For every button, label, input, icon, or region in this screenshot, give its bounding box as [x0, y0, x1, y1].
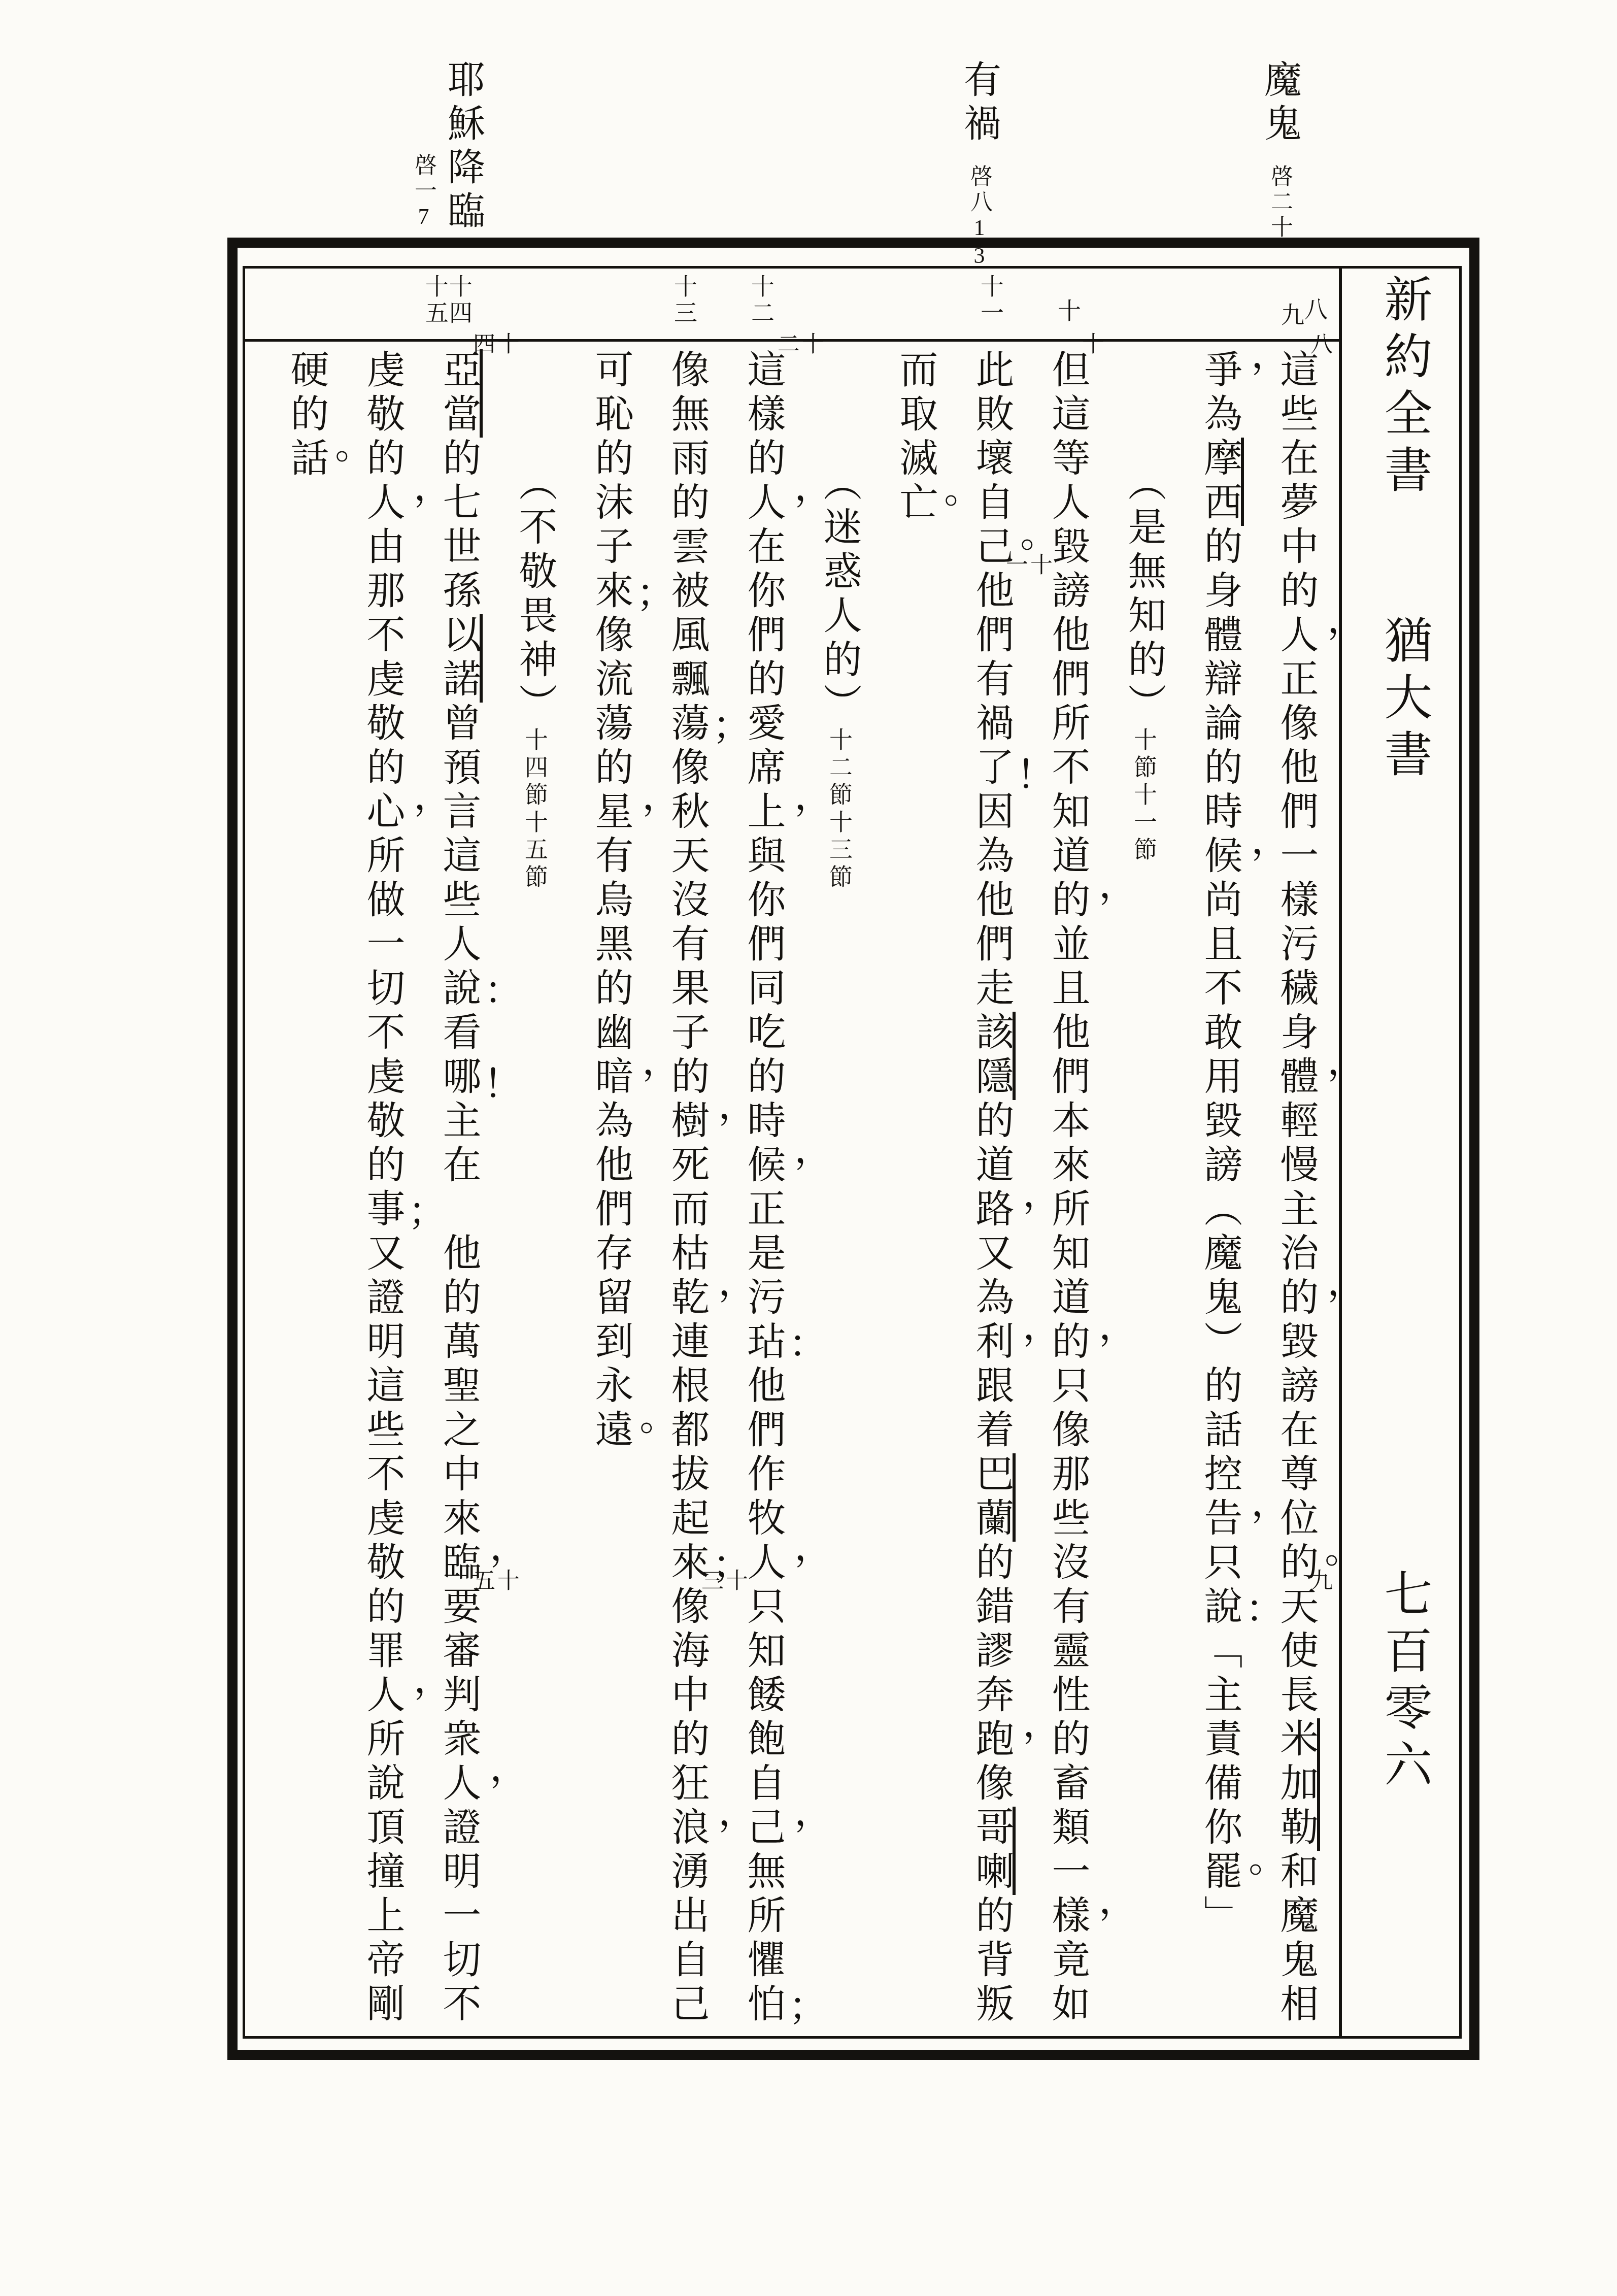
text-run: 可恥的沫子來 — [589, 349, 632, 614]
margin-note-word: 耶穌降臨 — [443, 60, 483, 235]
text-run: 主在 — [437, 1100, 480, 1188]
text-run: 像秋天沒有果子的樹 — [665, 747, 708, 1144]
text-run: 由那不虔敬的心 — [361, 526, 403, 835]
text-run: 因為他們走 — [970, 791, 1013, 1012]
text-run: 竟如 — [1046, 1939, 1089, 2027]
margin-note-devil: 魔鬼啓二十 — [1258, 60, 1301, 241]
text-run: 尚且不敢用毀謗（魔鬼）的話控告 — [1198, 879, 1241, 1542]
proper-name: 以諾 — [437, 614, 483, 703]
text-run: 證明一切不 — [437, 1807, 480, 2027]
section-ref: 十四節十五節 — [522, 727, 548, 892]
band-verse-marker: 十二 — [745, 274, 777, 327]
margin-note-word: 魔鬼 — [1259, 60, 1300, 147]
text-run: 的七世孫 — [437, 438, 480, 614]
section-ref: 十二節十三節 — [826, 727, 852, 892]
text-column: 像無雨的雲被風飄蕩；像秋天沒有果子的樹，死而枯乾，連根都拔起來；十三像海中的狂浪… — [649, 349, 725, 2040]
text-run: 像海中的狂浪 — [665, 1586, 708, 1851]
text-run: （是無知的） — [1122, 482, 1165, 727]
band-verse-marker: 九 — [1275, 303, 1306, 329]
indent — [513, 349, 556, 482]
text-run: 為 — [1198, 393, 1241, 438]
text-column: 硬的話。 — [268, 349, 344, 2040]
text-run: 只知餧飽自己 — [742, 1586, 784, 1851]
text-column: 可恥的沫子來；像流蕩的星，有烏黑的幽暗，為他們存留到永遠。 — [572, 349, 649, 2040]
indent — [818, 349, 860, 482]
text-run: 湧出自己 — [665, 1851, 708, 2027]
text-run: 這些在夢中的人 — [1274, 349, 1317, 658]
text-run: 的背叛 — [970, 1895, 1013, 2027]
band-verse-marker: 十三 — [668, 274, 699, 327]
text-column: 此敗壞自己。十一他們有禍了！因為他們走該隱的道路，又為利，跟着巴蘭的錯謬奔跑，像… — [953, 349, 1029, 2040]
proper-name: 摩西 — [1198, 438, 1244, 526]
text-run: 曾預言這些人說 — [437, 703, 480, 1012]
text-run: 的身體辯論的時候 — [1198, 526, 1241, 879]
text-run: （不敬畏神） — [513, 482, 556, 727]
text-run: 有烏黑的幽暗 — [589, 835, 632, 1100]
text-column: （迷惑人的）十二節十三節 — [801, 349, 877, 2040]
text-run: 為他們存留到永遠 — [589, 1100, 632, 1453]
proper-name: 米加勒 — [1274, 1718, 1320, 1851]
text-run: 並且他們本來所知道的 — [1046, 923, 1089, 1365]
text-run: 所說頂撞上帝剛 — [361, 1718, 403, 2027]
text-run: 天使長 — [1274, 1586, 1317, 1718]
text-run: 在你們的愛席上 — [742, 526, 784, 835]
text-run: 正像他們一樣污穢身體 — [1274, 658, 1317, 1100]
spacer — [437, 1188, 480, 1233]
text-column: 十四亞當的七世孫以諾曾預言這些人說：看哪！主在 他的萬聖之中來臨，十五要審判衆人… — [420, 349, 496, 2040]
text-run: 但這等人毀謗他們所不知道的 — [1046, 349, 1089, 923]
margin-note-ref: 啓一7 — [403, 77, 443, 235]
text-column: 十二這樣的人，在你們的愛席上，與你們同吃的時候，正是污玷：他們作牧人，只知餧飽自… — [725, 349, 801, 2040]
header-divider-line — [1339, 269, 1342, 2039]
proper-name: 哥喇 — [970, 1807, 1016, 1895]
text-column: 八這些在夢中的人，正像他們一樣污穢身體，輕慢主治的，毀謗在尊位的。九天使長米加勒… — [1258, 349, 1334, 2040]
text-run: 又證明這些不虔敬的罪人 — [361, 1233, 403, 1718]
running-header: 新約全書猶大書 — [1348, 274, 1460, 1492]
text-run: 」 — [1198, 1895, 1241, 1939]
text-run: 跟着 — [970, 1365, 1013, 1453]
text-column: 十但這等人毀謗他們所不知道的，並且他們本來所知道的，只像那些沒有靈性的畜類一樣，… — [1029, 349, 1105, 2040]
book-title: 新約全書 — [1377, 274, 1431, 502]
text-run: 毀謗在尊位的 — [1274, 1321, 1317, 1586]
section-ref: 十節十一節 — [1131, 727, 1157, 864]
proper-name: 巴蘭 — [970, 1453, 1016, 1542]
text-run: 只像那些沒有靈性的畜類一樣 — [1046, 1365, 1089, 1939]
band-verse-marker: 十五 — [419, 274, 451, 327]
band-verse-marker: 十一 — [974, 274, 1006, 327]
proper-name: 該隱 — [970, 1012, 1016, 1100]
indent — [1122, 349, 1165, 482]
proper-name: 亞當 — [437, 349, 483, 438]
book-page: 魔鬼啓二十 有禍啓八13 耶穌降臨 啓一7 八九十十一十二十三十四十五 新約全書… — [0, 0, 1617, 2296]
text-column: （是無知的）十節十一節 — [1105, 349, 1182, 2040]
band-verse-marker: 十 — [1052, 298, 1083, 325]
text-run: 像無雨的雲被風飄蕩 — [665, 349, 708, 747]
margin-note-second-coming: 耶穌降臨 啓一7 — [403, 60, 483, 235]
text-column: 爭，為摩西的身體辯論的時候，尚且不敢用毀謗（魔鬼）的話控告，只說：「主責備你罷。… — [1182, 349, 1258, 2040]
text-run: 連根都拔起來 — [665, 1321, 708, 1586]
text-column: （不敬畏神）十四節十五節 — [496, 349, 572, 2040]
text-run: 像 — [970, 1762, 1013, 1807]
text-column: 虔敬的人，由那不虔敬的心，所做一切不虔敬的事；又證明這些不虔敬的罪人，所說頂撞上… — [344, 349, 420, 2040]
text-run: 和魔鬼相 — [1274, 1851, 1317, 2027]
margin-note-word: 有禍 — [958, 60, 1000, 147]
text-run: 他的萬聖之中來臨 — [437, 1233, 480, 1586]
text-run: 與你們同吃的時候 — [742, 835, 784, 1188]
book-name: 猶大書 — [1377, 615, 1431, 786]
text-run: 所做一切不虔敬的事 — [361, 835, 403, 1233]
text-column: 而取滅亡。 — [877, 349, 953, 2040]
margin-note-ref: 啓二十 — [1267, 164, 1292, 241]
text-run: 「主責備你罷 — [1198, 1630, 1241, 1895]
text-run: （迷惑人的） — [818, 482, 860, 727]
page-number: 七百零六 — [1348, 1569, 1460, 2076]
